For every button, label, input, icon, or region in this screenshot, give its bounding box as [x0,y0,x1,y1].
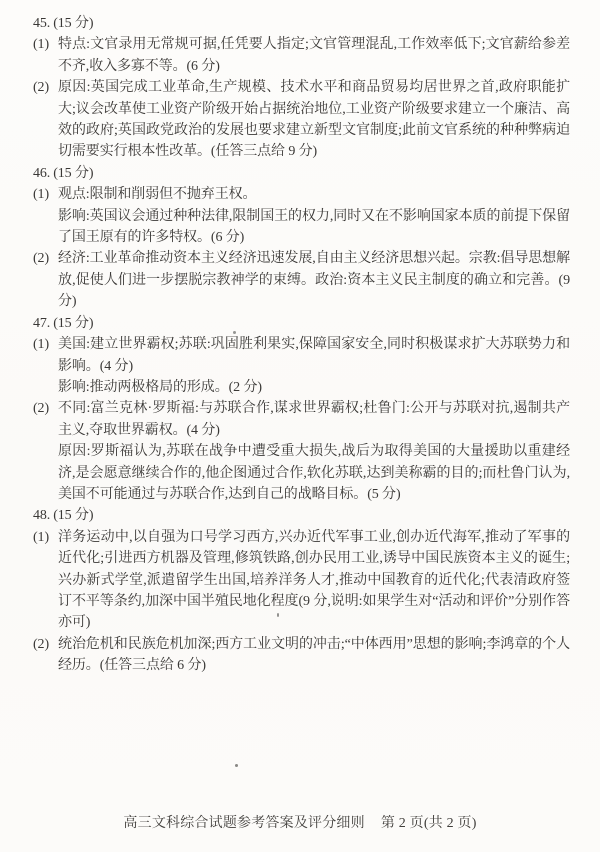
question-heading: 48.(15 分) [33,505,570,526]
scan-speck [235,764,238,767]
answer-item: (1) 特点:文官录用无常规可据,任凭要人指定;文官管理混乱,工作效率低下;文官… [33,34,570,77]
answer-item: (1) 观点:限制和削弱但不抛弃王权。 影响:英国议会通过种种法律,限制国王的权… [33,184,570,248]
question-score: (15 分) [53,508,93,523]
answer-item: (2) 原因:英国完成工业革命,生产规模、技术水平和商品贸易均居世界之首,政府职… [33,77,570,163]
item-label: (2) [33,77,49,98]
answer-paragraph: 不同:富兰克林·罗斯福:与苏联合作,谋求世界霸权;杜鲁门:公开与苏联对抗,遏制共… [58,398,570,441]
question-heading: 47.(15 分) [33,313,570,334]
answer-paragraph: 美国:建立世界霸权;苏联:巩固胜利果实,保障国家安全,同时积极谋求扩大苏联势力和… [58,334,570,377]
question-45: 45.(15 分) (1) 特点:文官录用无常规可据,任凭要人指定;文官管理混乱… [33,13,570,163]
question-number: 47. [33,316,50,331]
question-47: 47.(15 分) (1) 美国:建立世界霸权;苏联:巩固胜利果实,保障国家安全… [33,313,570,506]
scan-speck [233,331,236,334]
page-footer: 高三文科综合试题参考答案及评分细则第 2 页(共 2 页) [0,812,600,832]
answers-content: 45.(15 分) (1) 特点:文官录用无常规可据,任凭要人指定;文官管理混乱… [33,13,570,677]
item-label: (1) [33,34,49,55]
question-score: (15 分) [53,16,93,31]
answer-paragraph: 经济:工业革命推动资本主义经济迅速发展,自由主义经济思想兴起。宗教:倡导思想解放… [58,248,570,312]
answer-paragraph: 特点:文官录用无常规可据,任凭要人指定;文官管理混乱,工作效率低下;文官薪给参差… [58,34,570,77]
answer-paragraph: 影响:推动两极格局的形成。(2 分) [58,377,570,398]
footer-page-indicator: 第 2 页(共 2 页) [381,816,477,831]
answer-paragraph: 观点:限制和削弱但不抛弃王权。 [58,184,570,205]
question-46: 46.(15 分) (1) 观点:限制和削弱但不抛弃王权。 影响:英国议会通过种… [33,163,570,313]
item-label: (2) [33,398,49,419]
item-label: (2) [33,634,49,655]
question-48: 48.(15 分) (1) 洋务运动中,以自强为口号学习西方,兴办近代军事工业,… [33,505,570,676]
question-number: 46. [33,166,50,181]
item-label: (1) [33,184,49,205]
answer-item: (2) 统治危机和民族危机加深;西方工业文明的冲击;“中体西用”思想的影响;李鸿… [33,634,570,677]
answer-paragraph: 洋务运动中,以自强为口号学习西方,兴办近代军事工业,创办近代海军,推动了军事的近… [58,527,570,634]
item-label: (1) [33,527,49,548]
scanned-answer-key-page: 45.(15 分) (1) 特点:文官录用无常规可据,任凭要人指定;文官管理混乱… [0,0,600,852]
item-label: (1) [33,334,49,355]
question-heading: 45.(15 分) [33,13,570,34]
question-score: (15 分) [53,316,93,331]
question-score: (15 分) [53,166,93,181]
answer-item: (1) 洋务运动中,以自强为口号学习西方,兴办近代军事工业,创办近代海军,推动了… [33,527,570,634]
answer-item: (2) 不同:富兰克林·罗斯福:与苏联合作,谋求世界霸权;杜鲁门:公开与苏联对抗… [33,398,570,505]
footer-doc-title: 高三文科综合试题参考答案及评分细则 [123,816,364,831]
item-label: (2) [33,248,49,269]
answer-item: (2) 经济:工业革命推动资本主义经济迅速发展,自由主义经济思想兴起。宗教:倡导… [33,248,570,312]
answer-paragraph: 原因:罗斯福认为,苏联在战争中遭受重大损失,战后为取得美国的大量援助以重建经济,… [58,441,570,505]
answer-paragraph: 影响:英国议会通过种种法律,限制国王的权力,同时又在不影响国家本质的前提下保留了… [58,206,570,249]
question-number: 45. [33,16,50,31]
question-number: 48. [33,508,50,523]
scan-speck [277,613,279,617]
answer-paragraph: 统治危机和民族危机加深;西方工业文明的冲击;“中体西用”思想的影响;李鸿章的个人… [58,634,570,677]
answer-paragraph: 原因:英国完成工业革命,生产规模、技术水平和商品贸易均居世界之首,政府职能扩大;… [58,77,570,163]
answer-item: (1) 美国:建立世界霸权;苏联:巩固胜利果实,保障国家安全,同时积极谋求扩大苏… [33,334,570,398]
question-heading: 46.(15 分) [33,163,570,184]
